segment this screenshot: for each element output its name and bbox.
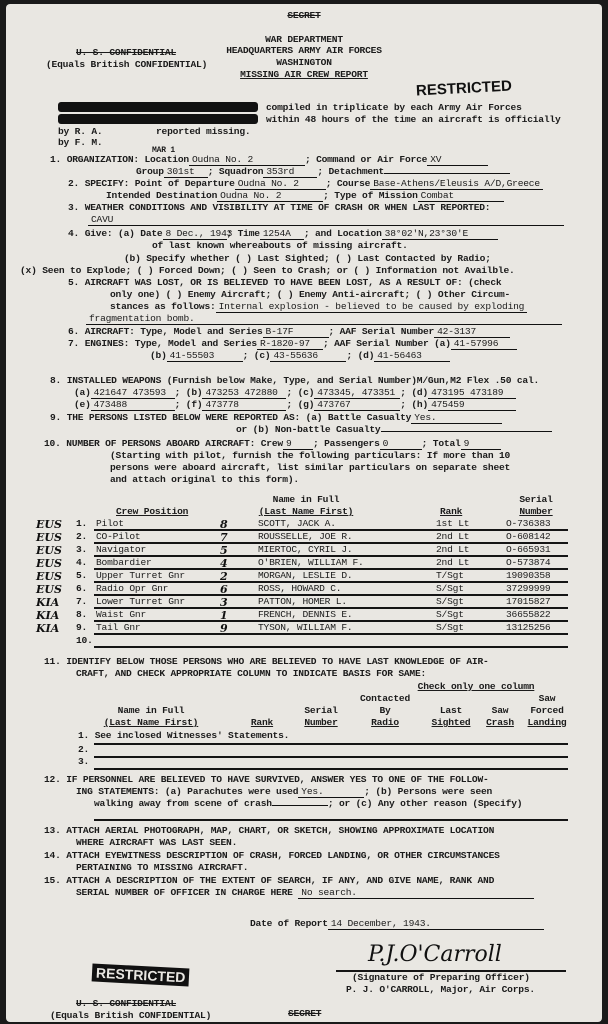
col-crash-1: Saw bbox=[480, 705, 520, 716]
crew-position: Bombardier bbox=[96, 557, 152, 568]
col-crash-2: Crash bbox=[480, 717, 520, 728]
col-name-1: Name in Full bbox=[246, 494, 366, 505]
crew-rank: S/Sgt bbox=[436, 622, 464, 633]
col-serial-2: Number bbox=[506, 506, 566, 517]
crew-name: MORGAN, LESLIE D. bbox=[258, 570, 352, 581]
crew-rank: S/Sgt bbox=[436, 609, 464, 620]
crew-serial: 17015827 bbox=[506, 596, 550, 607]
time-field: 1254A bbox=[260, 228, 304, 240]
witness-row: 1. See inclosed Witnesses' Statements. bbox=[78, 730, 289, 741]
crew-number: 9. bbox=[76, 622, 87, 633]
crew-name: FRENCH, DENNIS E. bbox=[258, 609, 352, 620]
crew-status-mark: KIA bbox=[36, 596, 59, 609]
section-12-line-2: ING STATEMENTS: (a) Parachutes were used… bbox=[76, 786, 492, 798]
crew-serial: O-665931 bbox=[506, 544, 550, 555]
crew-name: SCOTT, JACK A. bbox=[258, 518, 336, 529]
crew-name: PATTON, HOMER L. bbox=[258, 596, 347, 607]
section-13: 13. ATTACH AERIAL PHOTOGRAPH, MAP, CHART… bbox=[44, 825, 494, 836]
section-1-row-2: Group301st; Squadron353rd; Detachment bbox=[136, 166, 510, 178]
crew-position: Pilot bbox=[96, 518, 124, 529]
witness-row: 3. bbox=[78, 756, 89, 767]
signature-label: (Signature of Preparing Officer) bbox=[352, 972, 530, 983]
crew-number: 4. bbox=[76, 557, 87, 568]
search-officer-field: No search. bbox=[298, 887, 534, 899]
col-forced-3: Landing bbox=[522, 717, 572, 728]
col-name-1: Name in Full bbox=[86, 705, 216, 716]
declass-by-1: by R. A. bbox=[58, 126, 102, 137]
section-5-line-3: stances as follows:Internal explosion - … bbox=[110, 301, 527, 313]
crew-position: Navigator bbox=[96, 544, 146, 555]
col-rank: Rank bbox=[242, 717, 282, 728]
section-7: 7. ENGINES: Type, Model and SeriesR-1820… bbox=[68, 338, 517, 350]
weapon-a: 421647 473593 bbox=[91, 387, 175, 399]
crew-serial: O-608142 bbox=[506, 531, 550, 542]
crew-status-mark: EUS bbox=[36, 544, 62, 557]
rule-line bbox=[94, 768, 568, 770]
crash-location-field: 38°02'N,23°30'E bbox=[382, 228, 498, 240]
col-radio-2: By bbox=[350, 705, 420, 716]
crew-name: ROSS, HOWARD C. bbox=[258, 583, 341, 594]
crew-status-mark: EUS bbox=[36, 518, 62, 531]
crew-serial: 19090358 bbox=[506, 570, 550, 581]
crew-status-mark: EUS bbox=[36, 557, 62, 570]
col-radio-3: Radio bbox=[350, 717, 420, 728]
nonbattle-casualty-field bbox=[381, 431, 552, 432]
section-12: 12. IF PERSONNEL ARE BELIEVED TO HAVE SU… bbox=[44, 774, 489, 785]
weapons-row-1: (a)421647 473593; (b)473253 472880; (c)4… bbox=[74, 387, 516, 399]
section-15-line-2: SERIAL NUMBER OF OFFICER IN CHARGE HERE … bbox=[76, 887, 534, 899]
crew-serial: 37299999 bbox=[506, 583, 550, 594]
mission-field: Combat bbox=[418, 190, 504, 202]
crew-rank: T/Sgt bbox=[436, 570, 464, 581]
crew-position: Waist Gnr bbox=[96, 609, 146, 620]
walking-field bbox=[272, 805, 328, 806]
col-name-2: (Last Name First) bbox=[246, 506, 366, 517]
course-field: Base-Athens/Eleusis A/D,Greece bbox=[370, 178, 543, 190]
section-11-line-2: CRAFT, AND CHECK APPROPRIATE COLUMN TO I… bbox=[76, 668, 426, 679]
engine-serial-c: 43-55636 bbox=[270, 350, 346, 362]
witness-row: 2. bbox=[78, 744, 89, 755]
crew-rank: 2nd Lt bbox=[436, 544, 469, 555]
section-11: 11. IDENTIFY BELOW THOSE PERSONS WHO ARE… bbox=[44, 656, 489, 667]
col-serial-1: Serial bbox=[506, 494, 566, 505]
weapon-g: 473767 bbox=[314, 399, 400, 411]
declass-by-2: by F. M. bbox=[58, 137, 102, 148]
left-classification-2: (Equals British CONFIDENTIAL) bbox=[46, 59, 207, 70]
rule-line bbox=[94, 819, 568, 821]
section-13-line-2: WHERE AIRCRAFT WAS LAST SEEN. bbox=[76, 837, 237, 848]
section-9: 9. THE PERSONS LISTED BELOW WERE REPORTE… bbox=[50, 412, 502, 424]
col-sighted-1: Last bbox=[426, 705, 476, 716]
crew-number: 6. bbox=[76, 583, 87, 594]
detachment-field bbox=[384, 173, 510, 174]
crew-serial: O-573874 bbox=[506, 557, 550, 568]
crew-status-mark: KIA bbox=[36, 622, 59, 635]
department-name: WAR DEPARTMENT bbox=[6, 34, 602, 45]
crew-rank: 2nd Lt bbox=[436, 557, 469, 568]
section-12-line-3: walking away from scene of crash; or (c)… bbox=[94, 798, 522, 809]
crew-status-mark: EUS bbox=[36, 531, 62, 544]
col-sighted-2: Sighted bbox=[426, 717, 476, 728]
section-9-b: or (b) Non-battle Casualty bbox=[236, 424, 552, 435]
col-serial-2: Number bbox=[296, 717, 346, 728]
engine-type-field: R-1820-97 bbox=[257, 338, 323, 350]
section-4-b: (b) Specify whether ( ) Last Sighted; ( … bbox=[124, 253, 491, 264]
section-14: 14. ATTACH EYEWITNESS DESCRIPTION OF CRA… bbox=[44, 850, 500, 861]
rule-line bbox=[94, 743, 568, 745]
section-6: 6. AIRCRAFT: Type, Model and SeriesB-17F… bbox=[68, 326, 510, 338]
departure-field: Oudna No. 2 bbox=[235, 178, 326, 190]
weapons-row-2: (e)473488; (f)473778; (g)473767; (h)4754… bbox=[74, 399, 516, 411]
crew-number: 5. bbox=[76, 570, 87, 581]
crew-status-mark: KIA bbox=[36, 609, 59, 622]
crew-row-rule bbox=[94, 633, 568, 635]
intro-line-2: within 48 hours of the time an aircraft … bbox=[266, 114, 561, 125]
crew-number: 10. bbox=[76, 635, 93, 646]
col-forced-2: Forced bbox=[522, 705, 572, 716]
group-field: 301st bbox=[164, 166, 208, 178]
crew-name: ROUSSELLE, JOE R. bbox=[258, 531, 352, 542]
section-8: 8. INSTALLED WEAPONS (Furnish below Make… bbox=[50, 375, 539, 386]
crew-row-rule bbox=[94, 646, 568, 648]
section-5: 5. AIRCRAFT WAS LOST, OR IS BELIEVED TO … bbox=[68, 277, 501, 288]
col-forced-1: Saw bbox=[522, 693, 572, 704]
crew-rank: S/Sgt bbox=[436, 596, 464, 607]
crew-status-mark: EUS bbox=[36, 570, 62, 583]
bottom-classification-1: U. S. CONFIDENTIAL bbox=[76, 998, 176, 1009]
section-10-note-2: persons were aboard aircraft, list simil… bbox=[110, 462, 510, 473]
section-5-line-4: fragmentation bomb. bbox=[86, 313, 562, 325]
redaction-bar bbox=[58, 102, 258, 112]
col-rank: Rank bbox=[440, 506, 462, 517]
crew-number: 7. bbox=[76, 596, 87, 607]
section-2-row-2: Intended DestinationOudna No. 2; Type of… bbox=[106, 190, 504, 202]
passenger-count: 0 bbox=[380, 438, 422, 450]
battle-casualty-field: Yes. bbox=[411, 412, 502, 424]
col-position: Crew Position bbox=[116, 506, 188, 517]
crew-rank: S/Sgt bbox=[436, 583, 464, 594]
check-note: Check only one column bbox=[386, 681, 566, 692]
destination-field: Oudna No. 2 bbox=[217, 190, 323, 202]
circumstances-field: Internal explosion - believed to be caus… bbox=[216, 301, 528, 313]
restricted-stamp: RESTRICTED bbox=[416, 78, 513, 100]
col-name-2: (Last Name First) bbox=[86, 717, 216, 728]
weapon-h: 475459 bbox=[428, 399, 516, 411]
section-14-line-2: PERTAINING TO MISSING AIRCRAFT. bbox=[76, 862, 248, 873]
top-classification-struck: SECRET bbox=[6, 10, 602, 21]
officer-signature: P.J.O'Carroll bbox=[368, 942, 502, 967]
col-serial-1: Serial bbox=[296, 705, 346, 716]
officer-name: P. J. O'CARROLL, Major, Air Corps. bbox=[346, 984, 535, 995]
crew-name: TYSON, WILLIAM F. bbox=[258, 622, 352, 633]
restricted-stamp-bottom: RESTRICTED bbox=[92, 963, 190, 986]
report-title: MISSING AIR CREW REPORT bbox=[6, 69, 602, 80]
weapon-e: 473488 bbox=[91, 399, 175, 411]
crew-number: 3. bbox=[76, 544, 87, 555]
weapon-d: 473195 473189 bbox=[428, 387, 516, 399]
crew-rank: 2nd Lt bbox=[436, 531, 469, 542]
crew-position: Upper Turret Gnr bbox=[96, 570, 185, 581]
crew-name: O'BRIEN, WILLIAM F. bbox=[258, 557, 364, 568]
aircraft-serial-field: 42-3137 bbox=[434, 326, 510, 338]
section-5-line-2: only one) ( ) Enemy Aircraft; ( ) Enemy … bbox=[110, 289, 510, 300]
missing-air-crew-report: SECRET WAR DEPARTMENT HEADQUARTERS ARMY … bbox=[6, 4, 602, 1022]
section-10-note-1: (Starting with pilot, furnish the follow… bbox=[110, 450, 510, 461]
intro-line-3: reported missing. bbox=[156, 126, 250, 137]
left-classification-1: U. S. CONFIDENTIAL bbox=[76, 47, 176, 58]
date-of-report: Date of Report14 December, 1943. bbox=[250, 918, 544, 930]
command-field: XV bbox=[427, 154, 488, 166]
bottom-classification-struck: SECRET bbox=[288, 1008, 321, 1019]
crew-position: Tail Gnr bbox=[96, 622, 140, 633]
redaction-bar bbox=[58, 114, 258, 124]
report-date-field: 14 December, 1943. bbox=[328, 918, 544, 930]
crew-number: 8. bbox=[76, 609, 87, 620]
weapon-f: 473778 bbox=[202, 399, 286, 411]
weapon-c: 473345, 473351 bbox=[314, 387, 400, 399]
crew-position: Lower Turret Gnr bbox=[96, 596, 185, 607]
engine-serial-a: 41-57996 bbox=[451, 338, 517, 350]
weapon-type: M/Gun,M2 Flex .50 cal. bbox=[417, 375, 539, 386]
rule-line bbox=[94, 756, 568, 758]
section-10: 10. NUMBER OF PERSONS ABOARD AIRCRAFT: C… bbox=[44, 438, 501, 450]
section-3: 3. WEATHER CONDITIONS AND VISIBILITY AT … bbox=[68, 202, 490, 213]
weather-field: CAVU bbox=[88, 214, 564, 226]
col-radio-1: Contacted bbox=[350, 693, 420, 704]
crew-serial: 13125256 bbox=[506, 622, 550, 633]
section-7-row-2: (b)41-55503; (c)43-55636; (d)41-56463 bbox=[150, 350, 450, 362]
engine-serial-b: 41-55503 bbox=[167, 350, 243, 362]
bottom-classification-2: (Equals British CONFIDENTIAL) bbox=[50, 1010, 211, 1021]
engine-serial-d: 41-56463 bbox=[374, 350, 450, 362]
section-15: 15. ATTACH A DESCRIPTION OF THE EXTENT O… bbox=[44, 875, 494, 886]
crew-count: 9 bbox=[283, 438, 313, 450]
crew-serial: O-736383 bbox=[506, 518, 550, 529]
section-1: 1. ORGANIZATION: LocationOudna No. 2; Co… bbox=[50, 154, 488, 166]
crew-position: Radio Opr Gnr bbox=[96, 583, 168, 594]
section-4: 4. Give: (a) Date8 Dec., 1943; Time1254A… bbox=[68, 228, 498, 240]
crew-rank: 1st Lt bbox=[436, 518, 469, 529]
crew-number: 1. bbox=[76, 518, 87, 529]
total-count: 9 bbox=[461, 438, 501, 450]
aircraft-type-field: B-17F bbox=[263, 326, 329, 338]
crew-name: MIERTOC, CYRIL J. bbox=[258, 544, 352, 555]
section-10-note-3: and attach original to this form). bbox=[110, 474, 299, 485]
location-field: Oudna No. 2 bbox=[189, 154, 305, 166]
squadron-field: 353rd bbox=[263, 166, 317, 178]
weapon-b: 473253 472880 bbox=[202, 387, 286, 399]
crew-position: CO-Pilot bbox=[96, 531, 140, 542]
parachutes-field: Yes. bbox=[298, 786, 364, 798]
crew-status-mark: EUS bbox=[36, 583, 62, 596]
section-4-line-2: of last known whereabouts of missing air… bbox=[152, 240, 408, 251]
crew-number: 2. bbox=[76, 531, 87, 542]
date-field: 8 Dec., 1943 bbox=[163, 228, 227, 240]
intro-line-1: compiled in triplicate by each Army Air … bbox=[266, 102, 522, 113]
section-4-c: (x) Seen to Explode; ( ) Forced Down; ( … bbox=[20, 265, 515, 276]
section-2: 2. SPECIFY: Point of DepartureOudna No. … bbox=[68, 178, 543, 190]
crew-serial: 36655822 bbox=[506, 609, 550, 620]
